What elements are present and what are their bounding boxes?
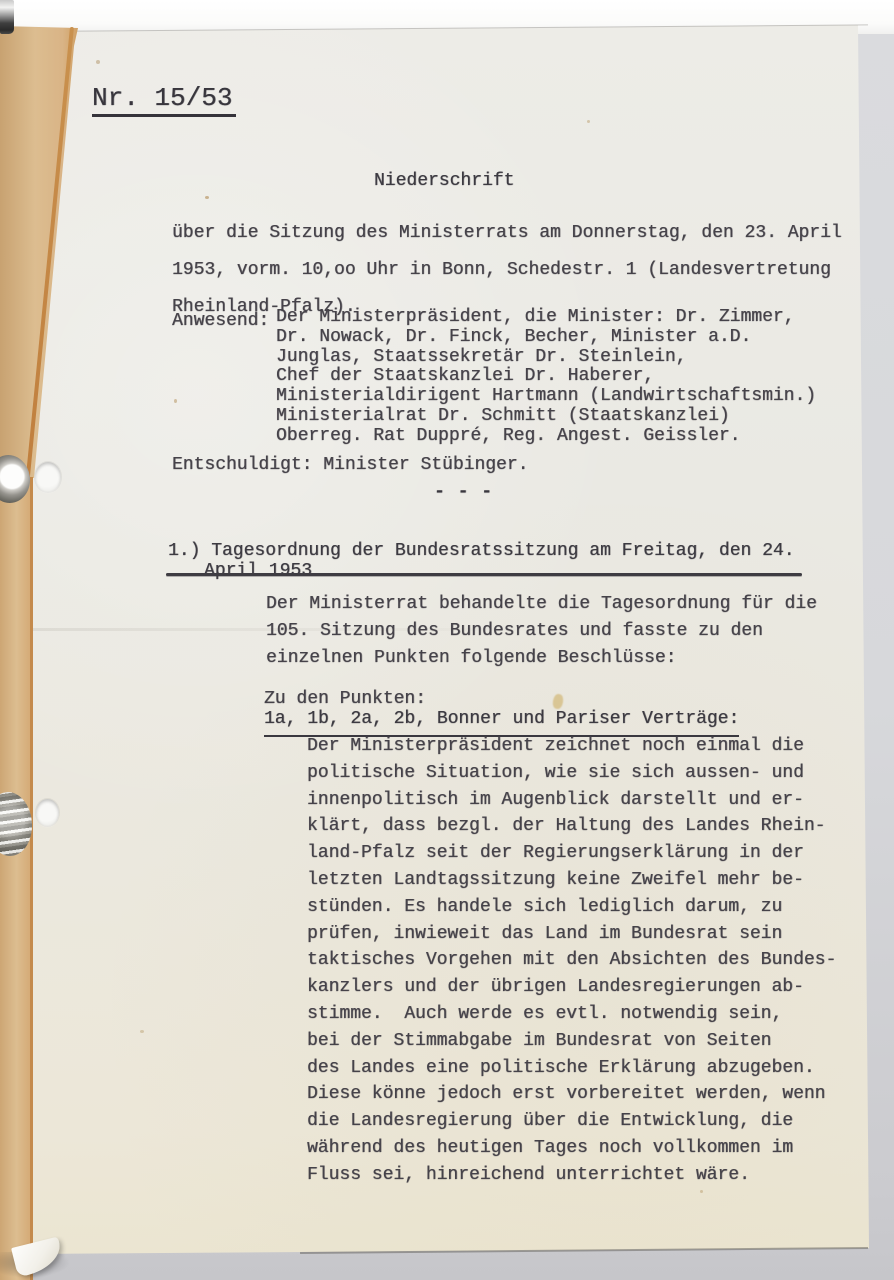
paper-speck — [174, 399, 177, 403]
punch-hole-top — [35, 462, 61, 492]
heading-underline — [166, 573, 802, 576]
doc-title: Niederschrift — [374, 168, 514, 195]
body-paragraph: Der Ministerpräsident zeichnet noch einm… — [307, 733, 836, 1189]
binding-strip-lower — [0, 477, 33, 1280]
punch-hole-bottom — [36, 799, 59, 826]
agenda-item-heading-line2: April 1953 — [204, 558, 312, 585]
excused-line: Entschuldigt: Minister Stübinger. — [172, 452, 528, 479]
attendees-label: Anwesend: — [172, 308, 269, 335]
paper-speck — [205, 196, 209, 199]
scanned-document-page: Nr. 15/53 Niederschrift über die Sitzung… — [0, 0, 894, 1280]
paper-speck — [700, 1190, 703, 1193]
separator-dashes: - - - — [434, 479, 493, 506]
attendees-list: Der Ministerpräsident, die Minister: Dr.… — [276, 308, 816, 447]
agenda-intro-paragraph: Der Ministerrat behandelte die Tagesordn… — [266, 591, 817, 672]
paper-speck — [140, 1030, 144, 1033]
binder-clip — [0, 0, 14, 34]
doc-number: Nr. 15/53 — [92, 83, 236, 117]
paper-speck — [96, 60, 100, 64]
paper-speck — [587, 120, 590, 123]
